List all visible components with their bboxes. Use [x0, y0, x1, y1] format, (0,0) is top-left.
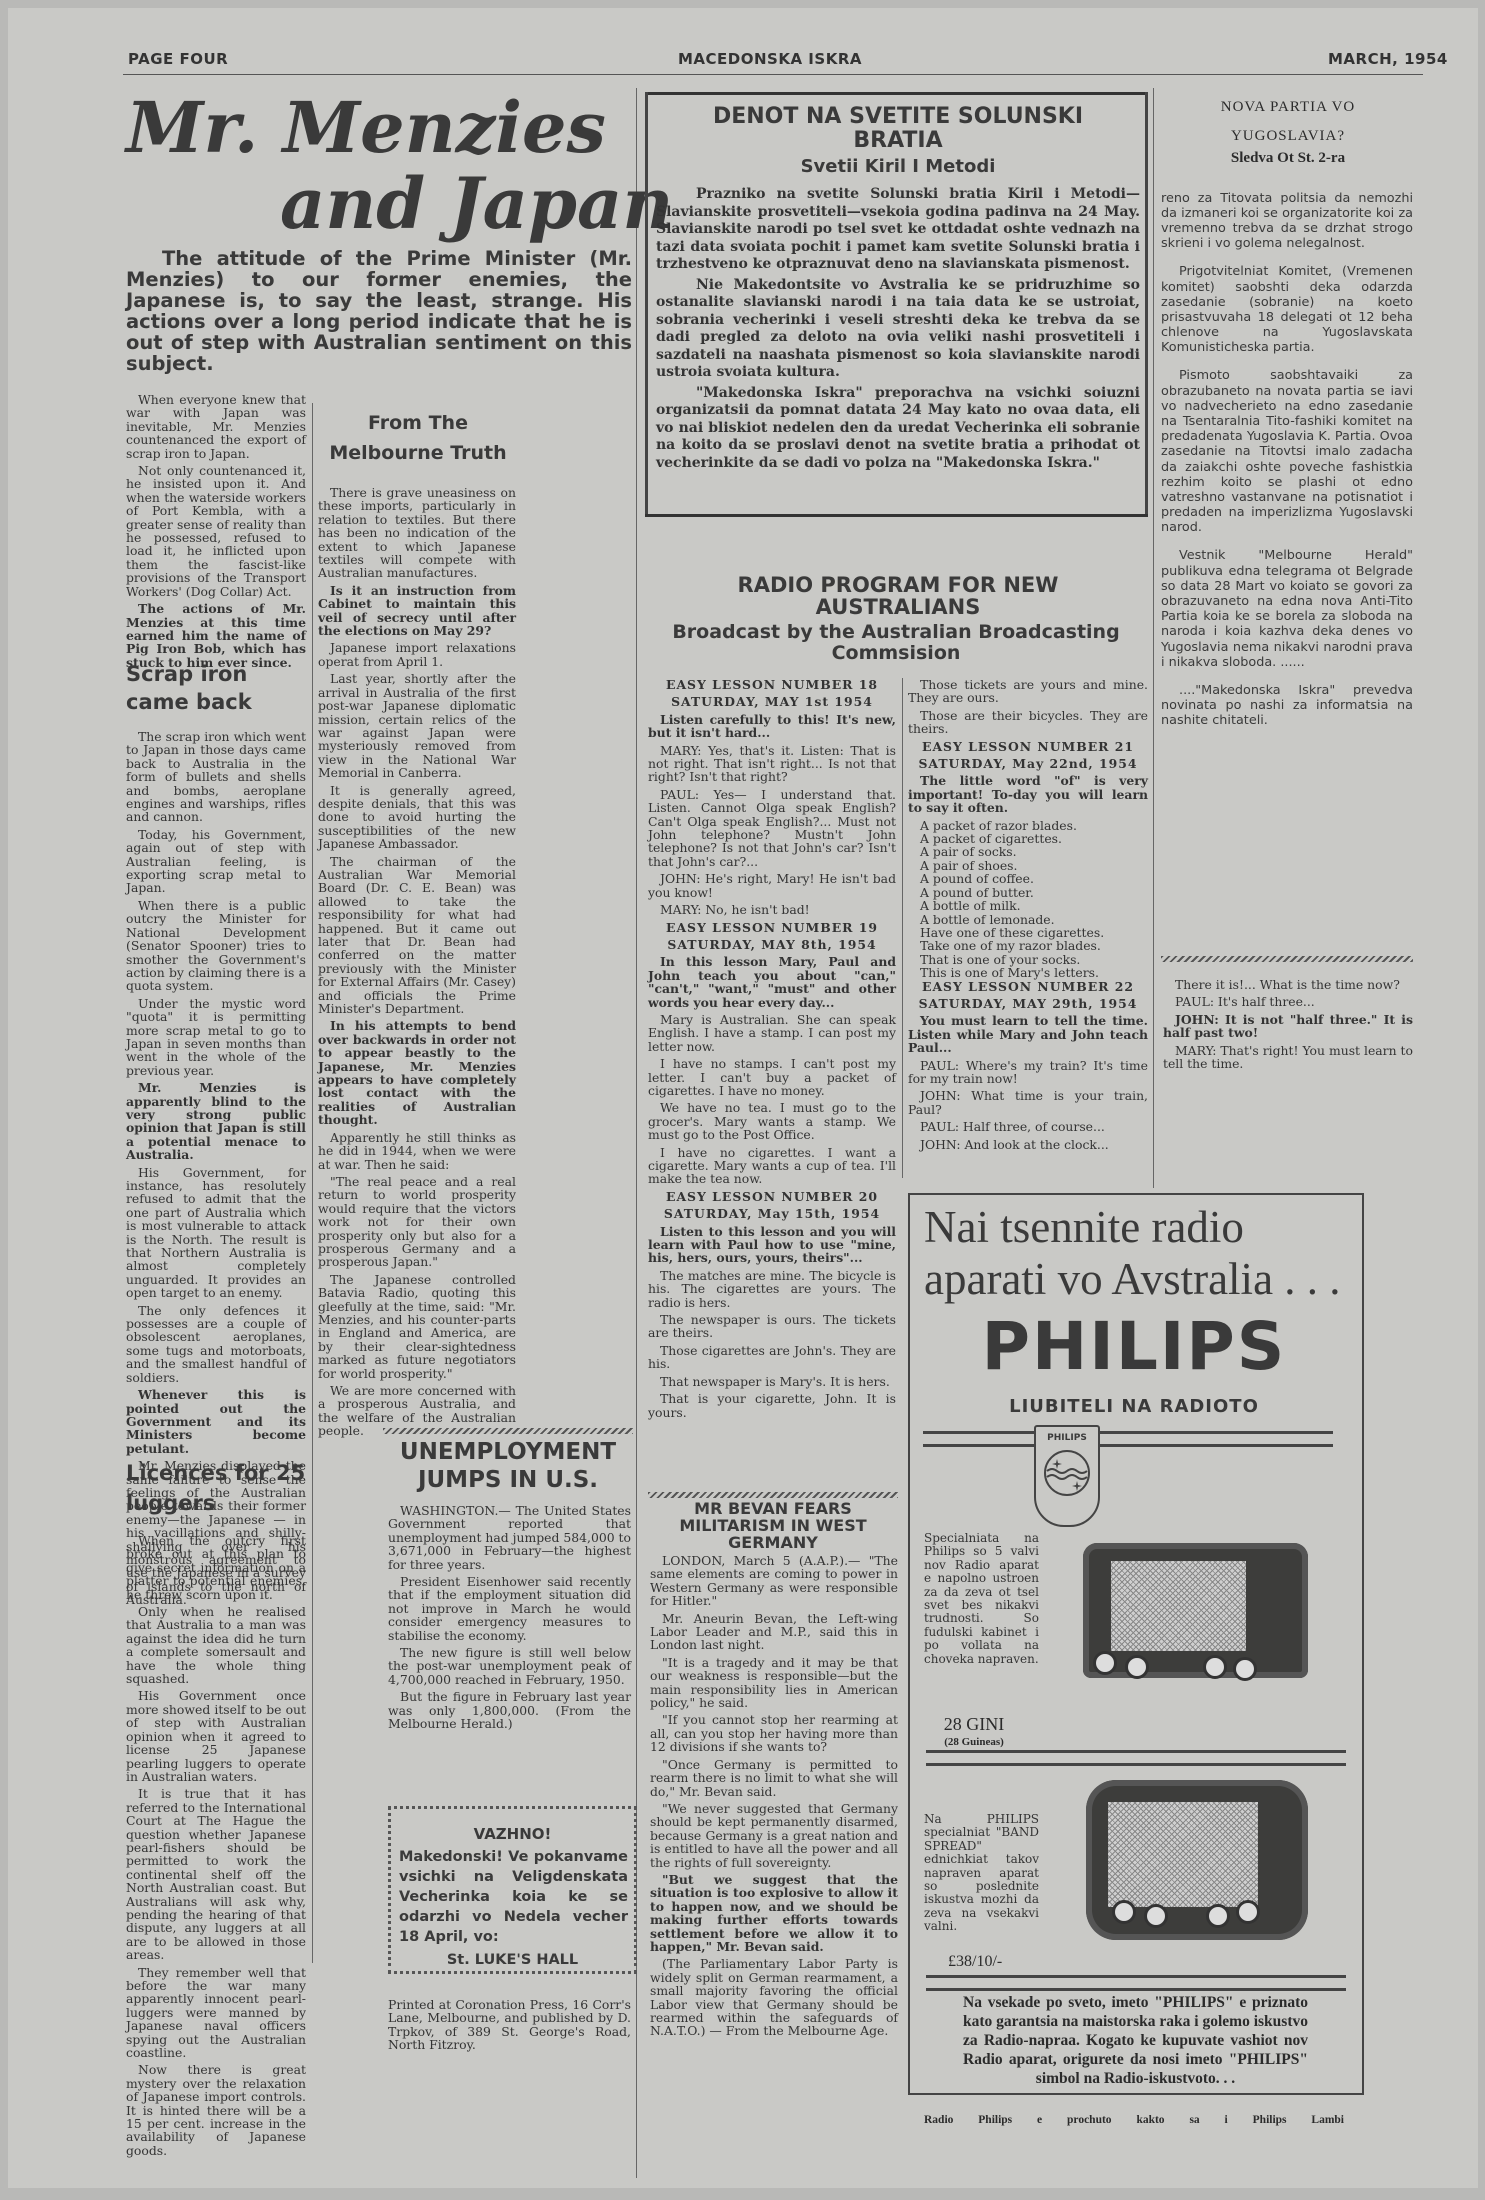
paragraph: A bottle of lemonade. [908, 913, 1148, 926]
article-title-line1: Mr. Menzies [126, 90, 606, 166]
paragraph: A pair of shoes. [908, 859, 1148, 872]
paragraph: This is one of Mary's letters. [908, 966, 1148, 979]
paragraph: "Makedonska Iskra" preporachva na vsichk… [656, 385, 1140, 473]
paragraph: His Government once more showed itself t… [126, 1689, 306, 1783]
paragraph: JOHN: And look at the clock... [908, 1138, 1148, 1151]
paragraph: LONDON, March 5 (A.A.P.).— "The same ele… [650, 1554, 898, 1608]
headline-radio-program: RADIO PROGRAM FOR NEW AUSTRALIANS [658, 574, 1138, 618]
speaker-grille [1111, 1561, 1246, 1651]
paragraph: There it is!... What is the time now? [1163, 978, 1413, 991]
paragraph: EASY LESSON NUMBER 22 [908, 980, 1148, 993]
speaker-grille [1108, 1802, 1258, 1907]
brand-logo-text: PHILIPS [908, 1308, 1360, 1385]
paragraph: "But we suggest that the situation is to… [650, 1873, 898, 1953]
paragraph: PAUL: It's half three... [1163, 995, 1413, 1008]
paragraph: The newspaper is ours. The tickets are t… [648, 1313, 896, 1340]
radio1-price: 28 GINI [924, 1714, 1024, 1735]
article-column-1c: When the outcry first broke out at this … [126, 1534, 306, 2161]
paragraph: The Japanese controlled Batavia Radio, q… [318, 1273, 516, 1380]
paragraph: Now there is great mystery over the rela… [126, 2063, 306, 2157]
paragraph: A packet of razor blades. [908, 819, 1148, 832]
paragraph: A pair of socks. [908, 845, 1148, 858]
headline-nova-partia: NOVA PARTIA VO YUGOSLAVIA? [1163, 93, 1413, 151]
paragraph: Listen to this lesson and you will learn… [648, 1225, 896, 1265]
paragraph: Have one of these cigarettes. [908, 926, 1148, 939]
paragraph: "We never suggested that Germany should … [650, 1802, 898, 1869]
article-column-2: There is grave uneasiness on these impor… [318, 486, 516, 1442]
paragraph: JOHN: He's right, Mary! He isn't bad you… [648, 872, 896, 899]
paragraph: EASY LESSON NUMBER 20 [648, 1190, 896, 1203]
paragraph: "Once Germany is permitted to rearm ther… [650, 1758, 898, 1798]
paragraph: SATURDAY, MAY 29th, 1954 [908, 997, 1148, 1010]
paragraph: Mary is Australian. She can speak Englis… [648, 1013, 896, 1053]
paragraph: Prazniko na svetite Solunski bratia Kiri… [656, 186, 1140, 274]
ad-rule [923, 1431, 1333, 1447]
paragraph: A packet of cigarettes. [908, 832, 1148, 845]
continued-from-page: Sledva Ot St. 2-ra [1163, 150, 1413, 167]
paragraph: Mr. Aneurin Bevan, the Left-wing Labor L… [650, 1612, 898, 1652]
ad-footer: Radio Philips e prochuto kakto sa i Phil… [924, 2114, 1344, 2126]
ad-headline: Nai tsennite radio aparati vo Avstralia … [924, 1201, 1354, 1305]
paragraph: JOHN: What time is your train, Paul? [908, 1089, 1148, 1116]
subheading-scrap-iron: Scrap iron came back [126, 660, 316, 716]
column-divider [312, 403, 313, 1963]
notice-body: Makedonski! Ve pokanvame vsichki na Veli… [391, 1843, 634, 1947]
ad-body: Na vsekade po sveto, imeto "PHILIPS" e p… [963, 1993, 1308, 2088]
radio1-price-note: (28 Guineas) [924, 1736, 1024, 1748]
paragraph: SATURDAY, May 22nd, 1954 [908, 757, 1148, 770]
radio-set-illustration [1086, 1780, 1308, 1940]
column-divider [1153, 88, 1154, 1188]
box-rule [645, 92, 648, 517]
issue-date: MARCH, 1954 [1328, 50, 1448, 68]
paragraph: Pismoto saobshtavaiki za obrazubaneto na… [1161, 368, 1413, 535]
paper-name: MACEDONSKA ISKRA [678, 50, 862, 68]
paragraph: "The real peace and a real return to wor… [318, 1175, 516, 1269]
unemployment-article: WASHINGTON.— The United States Governmen… [388, 1504, 631, 1735]
paragraph: I have no stamps. I can't post my letter… [648, 1057, 896, 1097]
paragraph: Vestnik "Melbourne Herald" publikuva edn… [1161, 548, 1413, 670]
paragraph: EASY LESSON NUMBER 19 [648, 921, 896, 934]
page-number: PAGE FOUR [128, 50, 228, 68]
paragraph: Only when he realised that Australia to … [126, 1605, 306, 1685]
paragraph: Nie Makedontsite vo Avstralia ke se prid… [656, 277, 1140, 382]
radio2-price: £38/10/- [948, 1953, 1002, 1971]
radio1-description: Specialniata na Philips so 5 valvi nov R… [924, 1532, 1039, 1666]
paragraph: "It is a tragedy and it may be that our … [650, 1656, 898, 1710]
radio-continued: There it is!... What is the time now?PAU… [1163, 978, 1413, 1074]
paragraph: When there is a public outcry the Minist… [126, 899, 306, 993]
box-rule [1145, 92, 1148, 517]
bevan-article: LONDON, March 5 (A.A.P.).— "The same ele… [650, 1554, 898, 2042]
paragraph: The only defences it possesses are a cou… [126, 1304, 306, 1384]
paragraph: SATURDAY, MAY 8th, 1954 [648, 938, 896, 951]
paragraph: Mr. Menzies is apparently blind to the v… [126, 1081, 306, 1161]
paragraph: In his attempts to bend over backwards i… [318, 1019, 516, 1126]
paragraph: WASHINGTON.— The United States Governmen… [388, 1504, 631, 1571]
paragraph: In this lesson Mary, Paul and John teach… [648, 955, 896, 1009]
article-standfirst: The attitude of the Prime Minister (Mr. … [126, 248, 632, 374]
paragraph: Prigotvitelniat Komitet, (Vremenen komit… [1161, 264, 1413, 355]
radio-column-1: EASY LESSON NUMBER 18SATURDAY, MAY 1st 1… [648, 678, 896, 1423]
paragraph: Whenever this is pointed out the Governm… [126, 1388, 306, 1455]
paragraph: Not only countenanced it, he insisted up… [126, 464, 306, 598]
paragraph: MARY: That's right! You must learn to te… [1163, 1044, 1413, 1071]
paragraph: PAUL: Half three, of course... [908, 1120, 1148, 1133]
paragraph: ...."Makedonska Iskra" prevedva novinata… [1161, 683, 1413, 729]
paragraph: That is one of your socks. [908, 953, 1148, 966]
subheadline-radio-program: Broadcast by the Australian Broadcasting… [646, 622, 1146, 664]
notice-venue: St. LUKE'S HALL [391, 1952, 634, 1968]
paragraph: A pound of butter. [908, 886, 1148, 899]
paragraph: You must learn to tell the time. Listen … [908, 1014, 1148, 1054]
paragraph: SATURDAY, MAY 1st 1954 [648, 695, 896, 708]
paragraph: They remember well that before the war m… [126, 1966, 306, 2060]
paragraph: That is your cigarette, John. It is your… [648, 1392, 896, 1419]
paragraph: The new figure is still well below the p… [388, 1646, 631, 1686]
subheading-melbourne-truth: From The Melbourne Truth [316, 408, 520, 468]
vazhno-notice: VAZHNO! Makedonski! Ve pokanvame vsichki… [388, 1806, 637, 1974]
paragraph: PAUL: Yes— I understand that. Listen. Ca… [648, 788, 896, 868]
headline-unemployment: UNEMPLOYMENT JUMPS IN U.S. [383, 1438, 633, 1494]
masthead-rule [123, 74, 1423, 75]
paragraph: SATURDAY, May 15th, 1954 [648, 1207, 896, 1220]
paragraph: President Eisenhower said recently that … [388, 1575, 631, 1642]
paragraph: When everyone knew that war with Japan w… [126, 393, 306, 460]
paragraph: There is grave uneasiness on these impor… [318, 486, 516, 580]
paragraph: JOHN: It is not "half three." It is half… [1163, 1013, 1413, 1040]
paragraph: MARY: Yes, that's it. Listen: That is no… [648, 744, 896, 784]
paragraph: I have no cigarettes. I want a cigarette… [648, 1146, 896, 1186]
article-column-1: When everyone knew that war with Japan w… [126, 393, 306, 673]
subheading-luggers: Licences for 25 luggers [126, 1458, 316, 1518]
article-title-line2: and Japan [280, 166, 673, 242]
paragraph: That newspaper is Mary's. It is hers. [648, 1375, 896, 1388]
paragraph: Last year, shortly after the arrival in … [318, 672, 516, 779]
decorative-divider [1161, 956, 1413, 962]
notice-title: VAZHNO! [391, 1825, 634, 1843]
paragraph: The matches are mine. The bicycle is his… [648, 1269, 896, 1309]
paragraph: Under the mystic word "quota" it is perm… [126, 997, 306, 1077]
decorative-divider [383, 1428, 633, 1434]
nova-partia-article: reno za Titovata politsia da nemozhi da … [1161, 178, 1413, 738]
ad-rule [926, 1750, 1346, 1766]
paragraph: "If you cannot stop her rearming at all,… [650, 1713, 898, 1753]
paragraph: Japanese import relaxations operat from … [318, 641, 516, 668]
headline-denot: DENOT NA SVETITE SOLUNSKI BRATIA [668, 105, 1128, 153]
paragraph: Those tickets are yours and mine. They a… [908, 678, 1148, 705]
paragraph: EASY LESSON NUMBER 18 [648, 678, 896, 691]
paragraph: (The Parliamentary Labor Party is widely… [650, 1957, 898, 2037]
paragraph: Today, his Government, again out of step… [126, 828, 306, 895]
paragraph: A pound of coffee. [908, 872, 1148, 885]
subheadline-denot: Svetii Kiril I Metodi [658, 156, 1138, 177]
paragraph: The chairman of the Australian War Memor… [318, 855, 516, 1016]
paragraph: Is it an instruction from Cabinet to mai… [318, 584, 516, 638]
radio2-description: Na PHILIPS specialniat "BAND SPREAD" edn… [924, 1813, 1039, 1934]
paragraph: But the figure in February last year was… [388, 1690, 631, 1730]
paragraph: His Government, for instance, has resolu… [126, 1166, 306, 1300]
box-rule [645, 92, 1148, 95]
paragraph: A bottle of milk. [908, 899, 1148, 912]
paragraph: Apparently he still thinks as he did in … [318, 1131, 516, 1171]
ad-rule [926, 1975, 1346, 1991]
paragraph: When the outcry first broke out at this … [126, 1534, 306, 1601]
paragraph: MARY: No, he isn't bad! [648, 903, 896, 916]
paragraph: Those cigarettes are John's. They are hi… [648, 1344, 896, 1371]
paragraph: EASY LESSON NUMBER 21 [908, 740, 1148, 753]
ad-tagline: LIUBITELI NA RADIOTO [908, 1396, 1360, 1417]
paragraph: It is true that it has referred to the I… [126, 1787, 306, 1961]
paragraph: We have no tea. I must go to the grocer'… [648, 1101, 896, 1141]
column-divider [902, 678, 903, 1178]
paragraph: PAUL: Where's my train? It's time for my… [908, 1059, 1148, 1086]
denot-article: Prazniko na svetite Solunski bratia Kiri… [656, 186, 1140, 475]
paragraph: reno za Titovata politsia da nemozhi da … [1161, 191, 1413, 252]
headline-bevan: MR BEVAN FEARS MILITARISM IN WEST GERMAN… [648, 1500, 898, 1551]
decorative-divider [648, 1492, 898, 1498]
box-rule [645, 514, 1148, 517]
paragraph: It is generally agreed, despite denials,… [318, 784, 516, 851]
printer-imprint: Printed at Coronation Press, 16 Corr's L… [388, 1998, 631, 2052]
philips-shield-icon: PHILIPS [1034, 1425, 1100, 1527]
paragraph: The little word "of" is very important! … [908, 774, 1148, 814]
radio-set-illustration [1083, 1543, 1308, 1678]
paragraph: The scrap iron which went to Japan in th… [126, 730, 306, 824]
newspaper-page: PAGE FOUR MACEDONSKA ISKRA MARCH, 1954 M… [8, 8, 1478, 2188]
paragraph: Those are their bicycles. They are their… [908, 709, 1148, 736]
paragraph: Listen carefully to this! It's new, but … [648, 713, 896, 740]
radio-column-2: Those tickets are yours and mine. They a… [908, 678, 1148, 1155]
paragraph: Take one of my razor blades. [908, 939, 1148, 952]
